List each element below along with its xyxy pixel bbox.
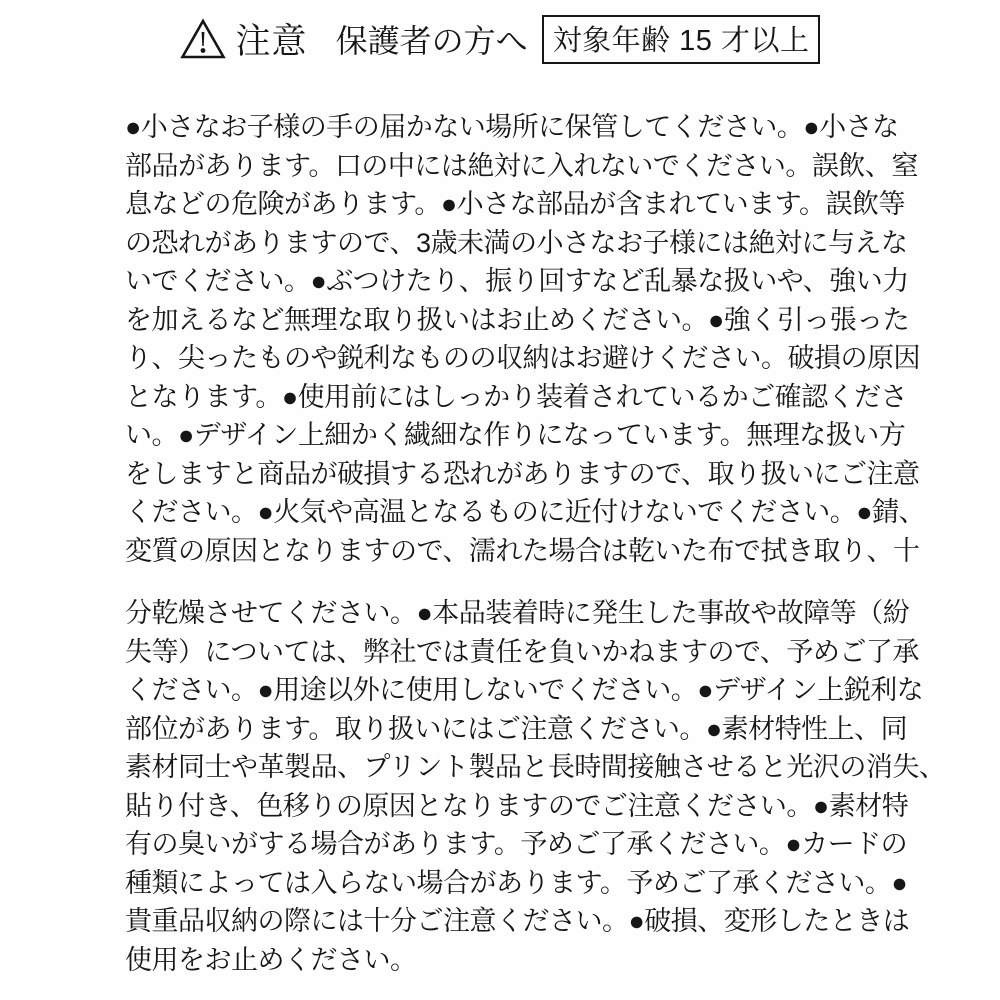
notice-subtitle: 保護者の方へ [336, 16, 528, 62]
warning-line: の恐れがありますので、3歳未満の小さなお子様には絶対に与えな [125, 224, 915, 263]
warning-paragraph-1: ●小さなお子様の手の届かない場所に保管してください。●小さな 部品があります。口… [125, 108, 915, 570]
warning-line: をしますと商品が破損する恐れがありますので、取り扱いにご注意 [125, 455, 915, 494]
warning-line: 変質の原因となりますので、濡れた場合は乾いた布で拭き取り、十 [125, 532, 915, 571]
warning-line: となります。●使用前にはしっかり装着されているかご確認くださ [125, 378, 915, 417]
warning-line: 分乾燥させてください。●本品装着時に発生した事故や故障等（紛 [125, 594, 915, 633]
warning-line: い。●デザイン上細かく繊細な作りになっています。無理な扱い方 [125, 416, 915, 455]
warning-paragraph-2: 分乾燥させてください。●本品装着時に発生した事故や故障等（紛 失等）については、… [125, 594, 915, 979]
warning-line: 失等）については、弊社では責任を負いかねますので、予めご了承 [125, 633, 915, 672]
warning-line: 部位があります。取り扱いにはご注意ください。●素材特性上、同 [125, 710, 915, 749]
warning-line: ください。●用途以外に使用しないでください。●デザイン上鋭利な [125, 671, 915, 710]
notice-title: 注意 [236, 14, 308, 64]
warning-line: を加えるなど無理な取り扱いはお止めください。●強く引っ張った [125, 301, 915, 340]
warning-line: 素材同士や革製品、プリント製品と長時間接触させると光沢の消失、 [125, 748, 915, 787]
warning-line: 貴重品収納の際には十分ご注意ください。●破損、変形したときは [125, 902, 915, 941]
warning-line: 息などの危険があります。●小さな部品が含まれています。誤飲等 [125, 185, 915, 224]
warning-notice-page: 注意 保護者の方へ 対象年齢 15 才以上 ●小さなお子様の手の届かない場所に保… [0, 0, 1000, 1000]
warning-line: 有の臭いがする場合があります。予めご了承ください。●カードの [125, 825, 915, 864]
warning-triangle-icon [180, 18, 226, 60]
warning-line: いでください。●ぶつけたり、振り回すなど乱暴な扱いや、強い力 [125, 262, 915, 301]
warning-line: ください。●火気や高温となるものに近付けないでください。●錆、 [125, 493, 915, 532]
notice-header: 注意 保護者の方へ 対象年齢 15 才以上 [0, 14, 1000, 64]
warning-line: り、尖ったものや鋭利なものの収納はお避けください。破損の原因 [125, 339, 915, 378]
warning-line: 部品があります。口の中には絶対に入れないでください。誤飲、窒 [125, 147, 915, 186]
warning-line: 種類によっては入らない場合があります。予めご了承ください。● [125, 864, 915, 903]
age-restriction-box: 対象年齢 15 才以上 [542, 15, 821, 64]
warning-line: 貼り付き、色移りの原因となりますのでご注意ください。●素材特 [125, 787, 915, 826]
warning-line: 使用をお止めください。 [125, 941, 915, 980]
warning-line: ●小さなお子様の手の届かない場所に保管してください。●小さな [125, 108, 915, 147]
